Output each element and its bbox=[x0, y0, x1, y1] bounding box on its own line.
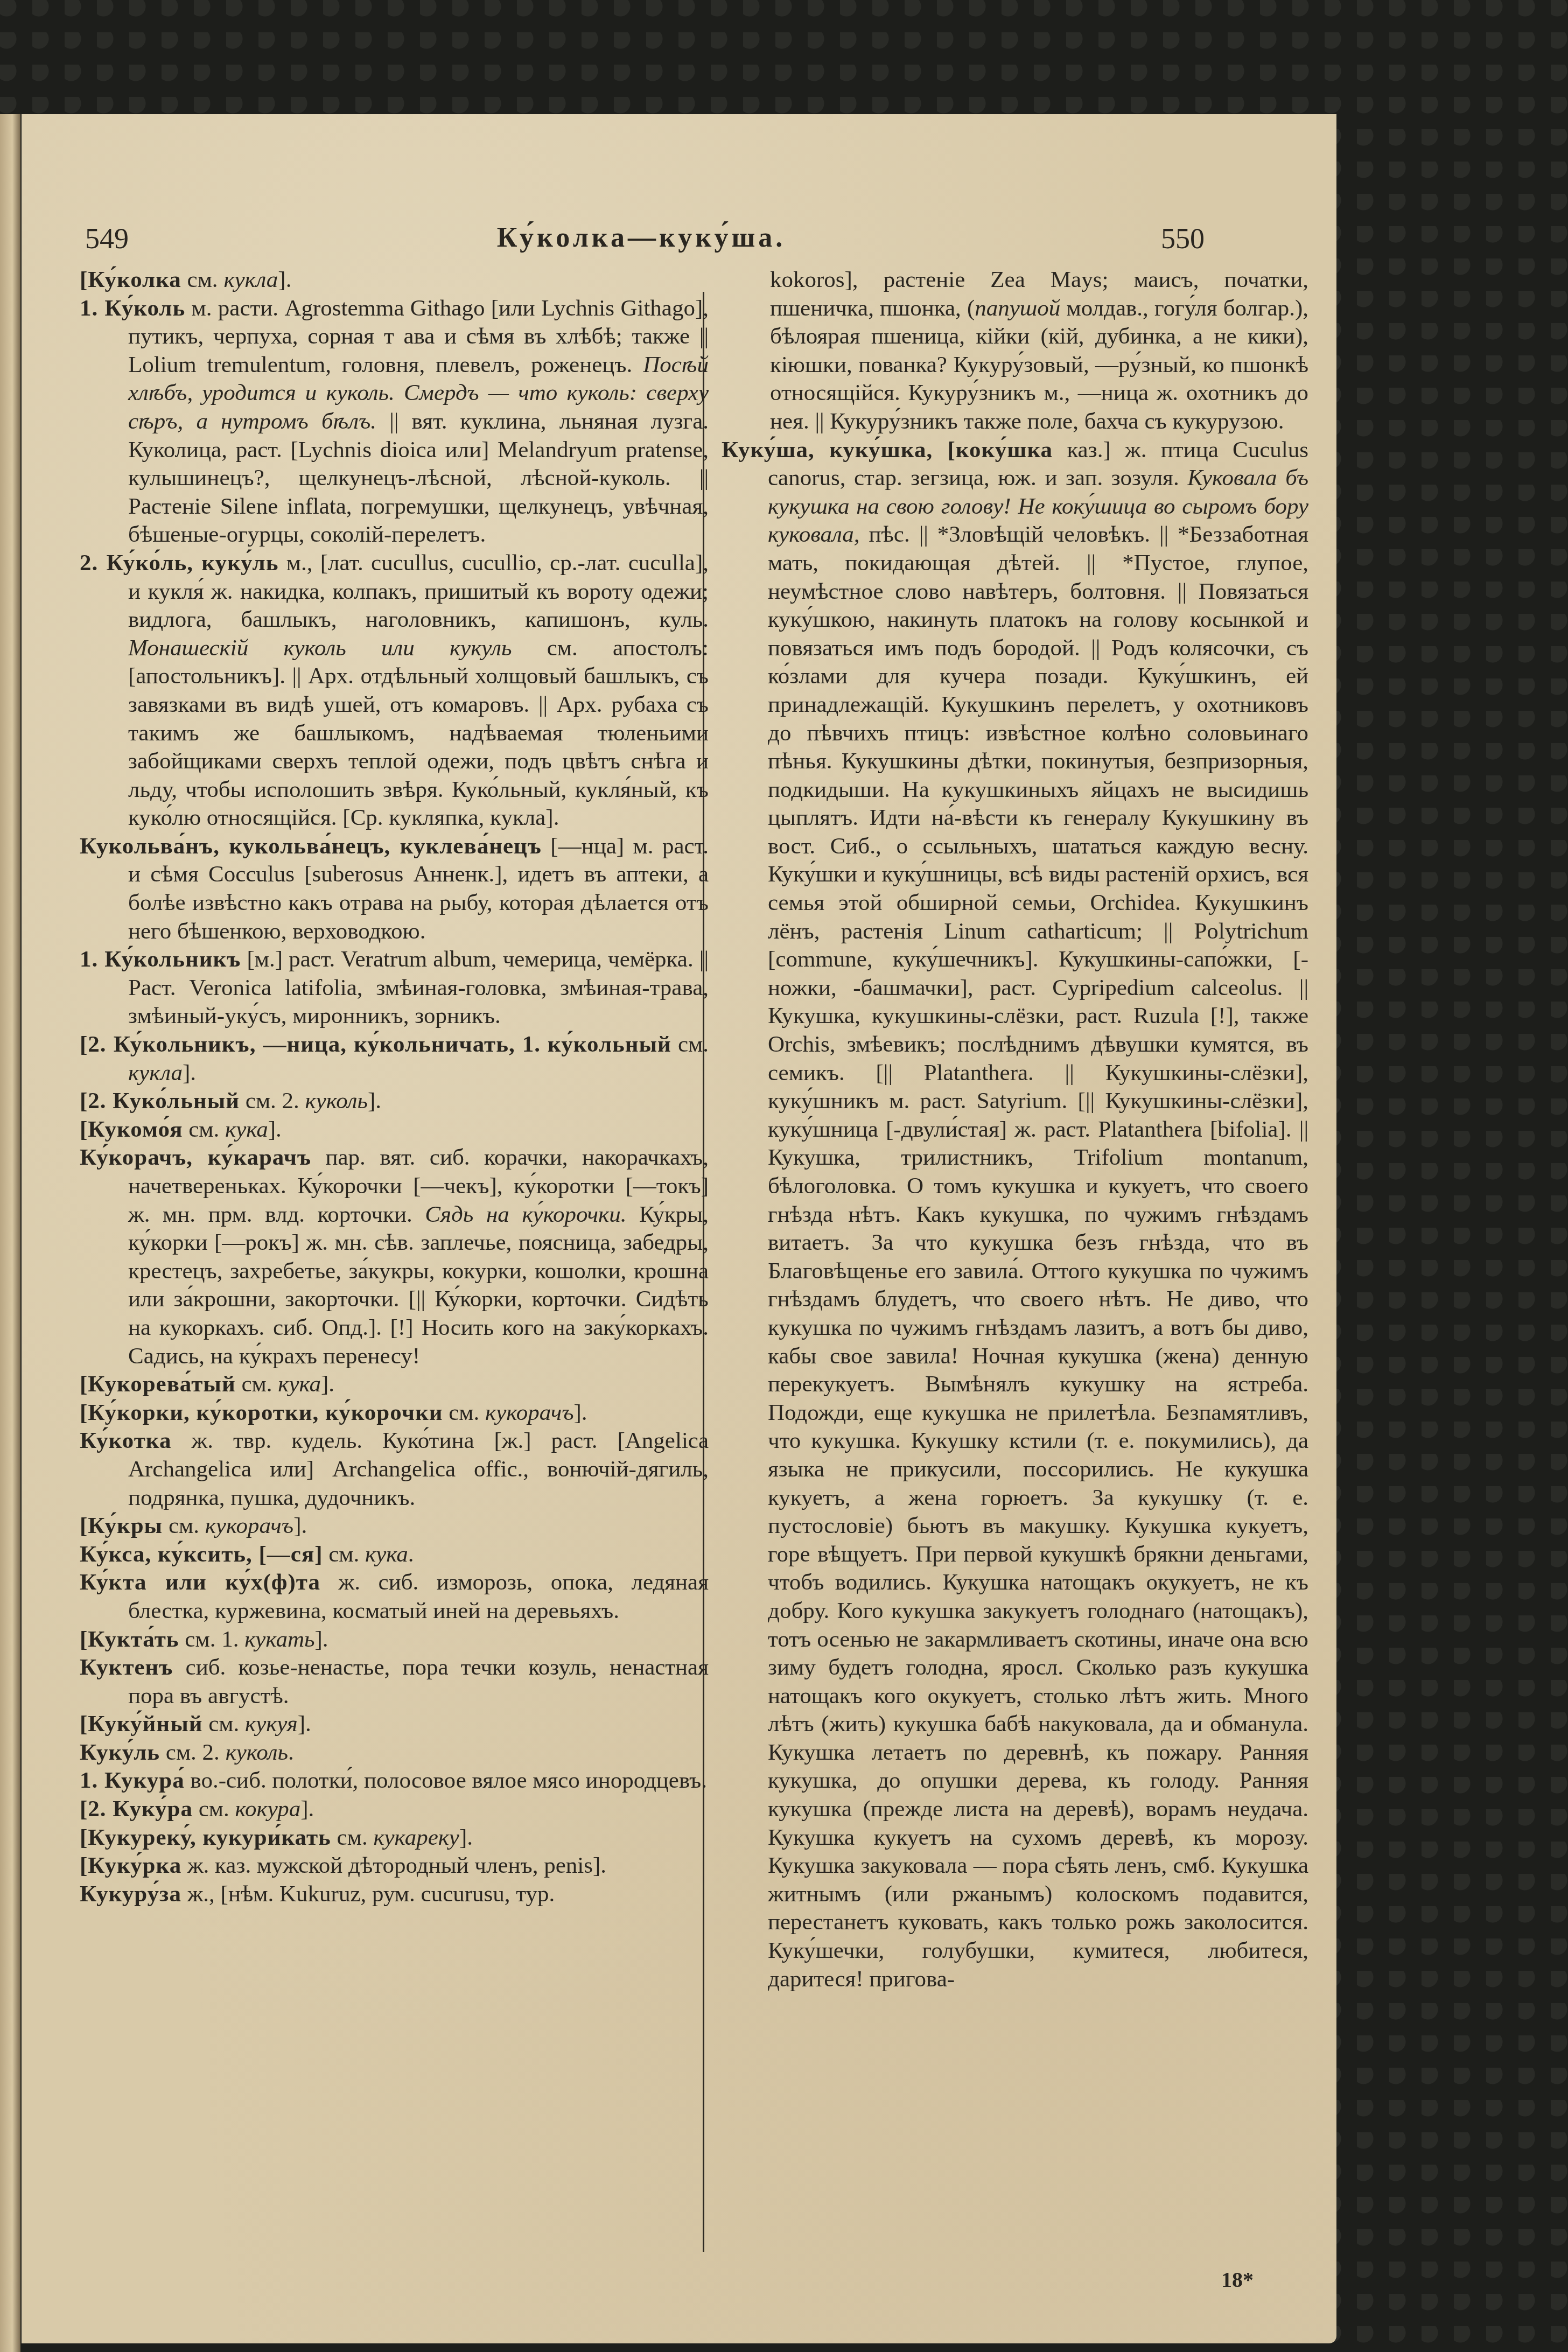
entry-text: см. bbox=[181, 267, 224, 292]
dictionary-entry: Куктенъ сиб. козье-ненастье, пора течки … bbox=[80, 1654, 709, 1710]
entry-text-tail: ]. bbox=[298, 1711, 311, 1737]
entry-text: м. расти. Agrostemma Githago [или Lychni… bbox=[128, 296, 709, 377]
entry-text: см. 2. bbox=[240, 1088, 305, 1114]
entry-headword: [Кукта́ть bbox=[80, 1627, 179, 1652]
entry-headword: Куку́ша, куку́шка, [коку́шка bbox=[722, 437, 1053, 463]
entry-text: см. bbox=[671, 1032, 709, 1057]
dictionary-entry: [2. Куку́ра см. кокура]. bbox=[80, 1795, 709, 1824]
entry-text: ж., [нѣм. Kukuruz, рум. cucurusu, тур. bbox=[181, 1881, 555, 1907]
entry-example: кука bbox=[278, 1371, 321, 1397]
left-column: [Ку́колка см. кукла].1. Ку́коль м. расти… bbox=[80, 266, 709, 1908]
entry-example: кукорачъ bbox=[205, 1513, 293, 1538]
dictionary-page: 549 Ку́колка—куку́ша. 550 [Ку́колка см. … bbox=[22, 114, 1336, 2343]
entry-example: куколь bbox=[305, 1088, 368, 1114]
entry-example: Сядь на ку́корочки. bbox=[425, 1202, 626, 1227]
entry-text: см. bbox=[163, 1513, 205, 1538]
entry-text: см. bbox=[323, 1542, 366, 1567]
entry-example: кукла bbox=[223, 267, 278, 292]
entry-example: кукать bbox=[244, 1627, 314, 1652]
entry-text: см. bbox=[331, 1825, 374, 1850]
dictionary-entry: [Ку́корки, ку́коротки, ку́корочки см. ку… bbox=[80, 1399, 709, 1427]
entry-headword: [Кукуреку́, кукури́кать bbox=[80, 1825, 331, 1850]
entry-text-tail: ]. bbox=[268, 1117, 282, 1142]
dictionary-entry: Ку́кта или ку́х(ф)та ж. сиб. изморозь, о… bbox=[80, 1569, 709, 1625]
entry-headword: Кукуру́за bbox=[80, 1881, 181, 1907]
dictionary-entry: [Ку́кры см. кукорачъ]. bbox=[80, 1512, 709, 1541]
entry-headword: Ку́корачъ, ку́карачъ bbox=[80, 1145, 311, 1170]
right-column: kokoros], растенie Zea Mays; маисъ, поча… bbox=[722, 266, 1308, 1993]
running-header: 549 Ку́колка—куку́ша. 550 bbox=[22, 222, 1336, 260]
entry-text: см. bbox=[193, 1796, 235, 1822]
entry-text-tail: ]. bbox=[368, 1088, 381, 1114]
entry-example: кука bbox=[225, 1117, 268, 1142]
book-spine-edge bbox=[0, 114, 20, 2352]
entry-example: кукуя bbox=[245, 1711, 298, 1737]
entry-text: см. bbox=[183, 1117, 226, 1142]
entry-text: во.-сиб. полотки́, полосовое вялое мясо … bbox=[185, 1768, 707, 1793]
entry-text-tail: см. апостолъ: [апостольникъ]. || Арх. от… bbox=[128, 635, 709, 831]
entry-text-tail: ]. bbox=[315, 1627, 328, 1652]
entry-text-tail: . bbox=[408, 1542, 414, 1567]
entry-text: см. 1. bbox=[179, 1627, 245, 1652]
entry-text-tail: пѣс. || *Зловѣщiй человѣкъ. || *Беззабот… bbox=[768, 522, 1308, 1991]
entry-example: кукареку bbox=[373, 1825, 459, 1850]
dictionary-entry: 1. Кукура́ во.-сиб. полотки́, полосовое … bbox=[80, 1767, 709, 1795]
dictionary-entry: Куку́ль см. 2. куколь. bbox=[80, 1739, 709, 1767]
dictionary-entry: [2. Куко́льный см. 2. куколь]. bbox=[80, 1087, 709, 1116]
entry-example: куколь bbox=[226, 1740, 288, 1765]
entry-headword: 2. Ку́ко́ль, куку́ль bbox=[80, 550, 278, 576]
entry-headword: [Куку́йный bbox=[80, 1711, 203, 1737]
dictionary-entry: Куку́ша, куку́шка, [коку́шка каз.] ж. пт… bbox=[722, 436, 1308, 1994]
entry-headword: [Кукорева́тый bbox=[80, 1371, 236, 1397]
entry-headword: 1. Кукура́ bbox=[80, 1768, 185, 1793]
dictionary-entry: Ку́котка ж. твр. кудель. Куко́тина [ж.] … bbox=[80, 1427, 709, 1512]
entry-text-tail: ]. bbox=[278, 267, 291, 292]
dictionary-entry: [Кукта́ть см. 1. кукать]. bbox=[80, 1626, 709, 1654]
dictionary-entry: [Куку́рка ж. каз. мужской дѣтородный чле… bbox=[80, 1852, 709, 1880]
entry-example: кукорачъ bbox=[485, 1400, 573, 1425]
entry-headword: 1. Ку́коль bbox=[80, 296, 185, 321]
entry-example: кука bbox=[365, 1542, 408, 1567]
entry-headword: [2. Ку́кольникъ, —ница, ку́кольничать, 1… bbox=[80, 1032, 671, 1057]
entry-headword: Куктенъ bbox=[80, 1655, 173, 1680]
dictionary-entry: kokoros], растенie Zea Mays; маисъ, поча… bbox=[722, 266, 1308, 436]
entry-headword: Ку́котка bbox=[80, 1428, 172, 1453]
entry-text-tail: ]. bbox=[459, 1825, 473, 1850]
entry-text: см. bbox=[203, 1711, 246, 1737]
signature-mark: 18* bbox=[1221, 2267, 1254, 2292]
entry-text: см. bbox=[236, 1371, 278, 1397]
entry-headword: [Куку́рка bbox=[80, 1853, 181, 1878]
dictionary-entry: 2. Ку́ко́ль, куку́ль м., [лат. cucullus,… bbox=[80, 549, 709, 832]
entry-text: ж. твр. кудель. Куко́тина [ж.] раст. [An… bbox=[128, 1428, 709, 1510]
page-title: Ку́колка—куку́ша. bbox=[0, 222, 1299, 254]
dictionary-entry: Ку́корачъ, ку́карачъ пар. вят. сиб. кора… bbox=[80, 1144, 709, 1370]
dictionary-entry: 1. Ку́кольникъ [м.] раст. Veratrum album… bbox=[80, 946, 709, 1031]
page-number-right: 550 bbox=[1161, 222, 1205, 255]
entry-example: кокура bbox=[235, 1796, 301, 1822]
entry-text: см. 2. bbox=[160, 1740, 226, 1765]
entry-text-tail: ]. bbox=[573, 1400, 587, 1425]
entry-headword: 1. Ку́кольникъ bbox=[80, 947, 241, 972]
dictionary-entry: 1. Ку́коль м. расти. Agrostemma Githago … bbox=[80, 295, 709, 549]
entry-text-tail: ]. bbox=[293, 1513, 307, 1538]
entry-headword: [Кукомо́я bbox=[80, 1117, 183, 1142]
entry-example: кукла bbox=[128, 1060, 183, 1086]
dictionary-entry: [Куку́йный см. кукуя]. bbox=[80, 1710, 709, 1739]
dictionary-entry: [Кукорева́тый см. кука]. bbox=[80, 1370, 709, 1399]
dictionary-entry: Ку́кса, ку́ксить, [—ся] см. кука. bbox=[80, 1541, 709, 1569]
dictionary-entry: [Кукуреку́, кукури́кать см. кукареку]. bbox=[80, 1824, 709, 1852]
entry-headword: Куку́ль bbox=[80, 1740, 160, 1765]
entry-text: ж. каз. мужской дѣтородный членъ, penis]… bbox=[181, 1853, 606, 1878]
dictionary-entry: [2. Ку́кольникъ, —ница, ку́кольничать, 1… bbox=[80, 1031, 709, 1087]
entry-example: Монашескiй куколь или кукуль bbox=[128, 635, 512, 661]
entry-headword: Кукольва́нъ, кукольва́нецъ, куклева́нецъ bbox=[80, 834, 542, 859]
dictionary-entry: [Ку́колка см. кукла]. bbox=[80, 266, 709, 295]
entry-headword: [2. Куко́льный bbox=[80, 1088, 240, 1114]
entry-headword: Ку́кта или ку́х(ф)та bbox=[80, 1570, 320, 1595]
entry-example: папушой bbox=[975, 296, 1060, 321]
entry-text-tail: ]. bbox=[300, 1796, 314, 1822]
dictionary-entry: [Кукомо́я см. кука]. bbox=[80, 1116, 709, 1144]
entry-text: сиб. козье-ненастье, пора течки козуль, … bbox=[128, 1655, 709, 1709]
dictionary-entry: Кукуру́за ж., [нѣм. Kukuruz, рум. cucuru… bbox=[80, 1880, 709, 1909]
entry-headword: Ку́кса, ку́ксить, [—ся] bbox=[80, 1542, 323, 1567]
entry-text-tail: ]. bbox=[321, 1371, 334, 1397]
entry-text: см. bbox=[443, 1400, 485, 1425]
entry-text-tail: ]. bbox=[183, 1060, 196, 1086]
entry-headword: [Ку́кры bbox=[80, 1513, 163, 1538]
entry-headword: [Ку́корки, ку́коротки, ку́корочки bbox=[80, 1400, 443, 1425]
dictionary-entry: Кукольва́нъ, кукольва́нецъ, куклева́нецъ… bbox=[80, 832, 709, 946]
entry-text-tail: . bbox=[288, 1740, 294, 1765]
entry-headword: [2. Куку́ра bbox=[80, 1796, 193, 1822]
entry-headword: [Ку́колка bbox=[80, 267, 181, 292]
